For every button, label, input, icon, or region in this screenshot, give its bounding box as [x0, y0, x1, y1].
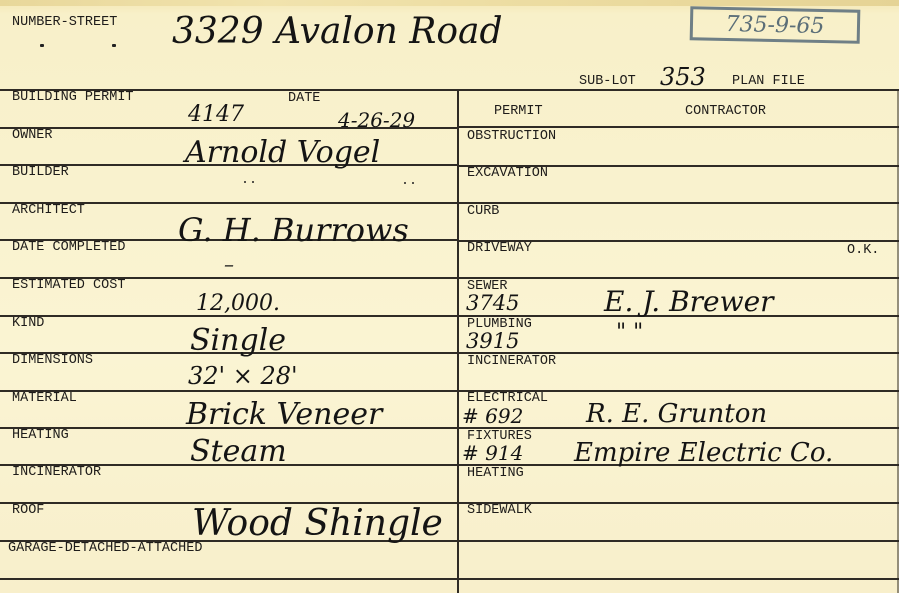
ditto-mark: [404, 182, 406, 184]
garage-label: GARAGE-DETACHED-ATTACHED: [8, 541, 202, 556]
sub-lot-label: SUB-LOT: [579, 74, 636, 89]
file-stamp: 735-9-65: [690, 6, 861, 44]
building-permit-value: 4147: [188, 104, 244, 126]
excavation-label: EXCAVATION: [467, 166, 548, 181]
electrical-permit: # 692: [462, 406, 523, 426]
architect-value: G. H. Burrows: [178, 214, 409, 246]
fixtures-permit: # 914: [462, 443, 523, 463]
date-completed-value: –: [224, 254, 234, 274]
date-label: DATE: [288, 91, 320, 106]
rule: [457, 126, 899, 128]
estimated-cost-label: ESTIMATED COST: [12, 278, 125, 293]
driveway-note: O.K.: [847, 243, 879, 258]
ditto-mark: [412, 182, 414, 184]
rule: [0, 578, 457, 580]
number-street-label: NUMBER-STREET: [12, 15, 117, 30]
heating-label: HEATING: [12, 428, 69, 443]
date-completed-label: DATE COMPLETED: [12, 240, 125, 255]
roof-value: Wood Shingle: [192, 506, 443, 542]
sidewalk-label: SIDEWALK: [467, 503, 532, 518]
rule: [457, 202, 899, 204]
curb-label: CURB: [467, 204, 499, 219]
owner-label: OWNER: [12, 128, 53, 143]
ditto-mark: [244, 181, 246, 183]
rule: [0, 89, 899, 91]
plumbing-permit: 3915: [466, 331, 519, 352]
material-value: Brick Veneer: [186, 400, 382, 430]
incinerator-label: INCINERATOR: [12, 465, 101, 480]
sewer-permit: 3745: [466, 293, 519, 314]
dimensions-label: DIMENSIONS: [12, 353, 93, 368]
rule: [457, 277, 899, 279]
kind-value: Single: [190, 326, 286, 356]
roof-label: ROOF: [12, 503, 44, 518]
plan-file-label: PLAN FILE: [732, 74, 805, 89]
owner-value: Arnold Vogel: [185, 138, 380, 168]
electrical-contractor: R. E. Grunton: [586, 401, 767, 427]
sub-lot-value: 353: [660, 65, 706, 89]
permit-card: NUMBER-STREET 3329 Avalon Road 735-9-65 …: [0, 0, 899, 593]
rule: [457, 540, 899, 542]
card-top-edge: [0, 0, 899, 6]
ditto-mark: [252, 181, 254, 183]
material-label: MATERIAL: [12, 391, 77, 406]
date-value: 4-26-29: [338, 110, 415, 130]
driveway-label: DRIVEWAY: [467, 241, 532, 256]
mark: [40, 44, 44, 47]
rule: [457, 578, 899, 580]
fixtures-contractor: Empire Electric Co.: [574, 440, 833, 466]
kind-label: KIND: [12, 316, 44, 331]
builder-label: BUILDER: [12, 165, 69, 180]
dimensions-value: 32' × 28': [188, 364, 298, 388]
building-permit-label: BUILDING PERMIT: [12, 90, 134, 105]
incinerator-permit-label: INCINERATOR: [467, 354, 556, 369]
sewer-contractor: E. J. Brewer: [604, 288, 774, 316]
estimated-cost-value: 12,000.: [196, 293, 280, 315]
obstruction-label: OBSTRUCTION: [467, 129, 556, 144]
plumbing-contractor: " ": [616, 322, 643, 344]
contractor-header: CONTRACTOR: [685, 104, 766, 119]
architect-label: ARCHITECT: [12, 203, 85, 218]
heating-value: Steam: [190, 437, 287, 467]
heating-permit-label: HEATING: [467, 466, 524, 481]
permit-header: PERMIT: [494, 104, 543, 119]
number-street-value: 3329 Avalon Road: [172, 14, 503, 50]
mark: [112, 44, 116, 47]
